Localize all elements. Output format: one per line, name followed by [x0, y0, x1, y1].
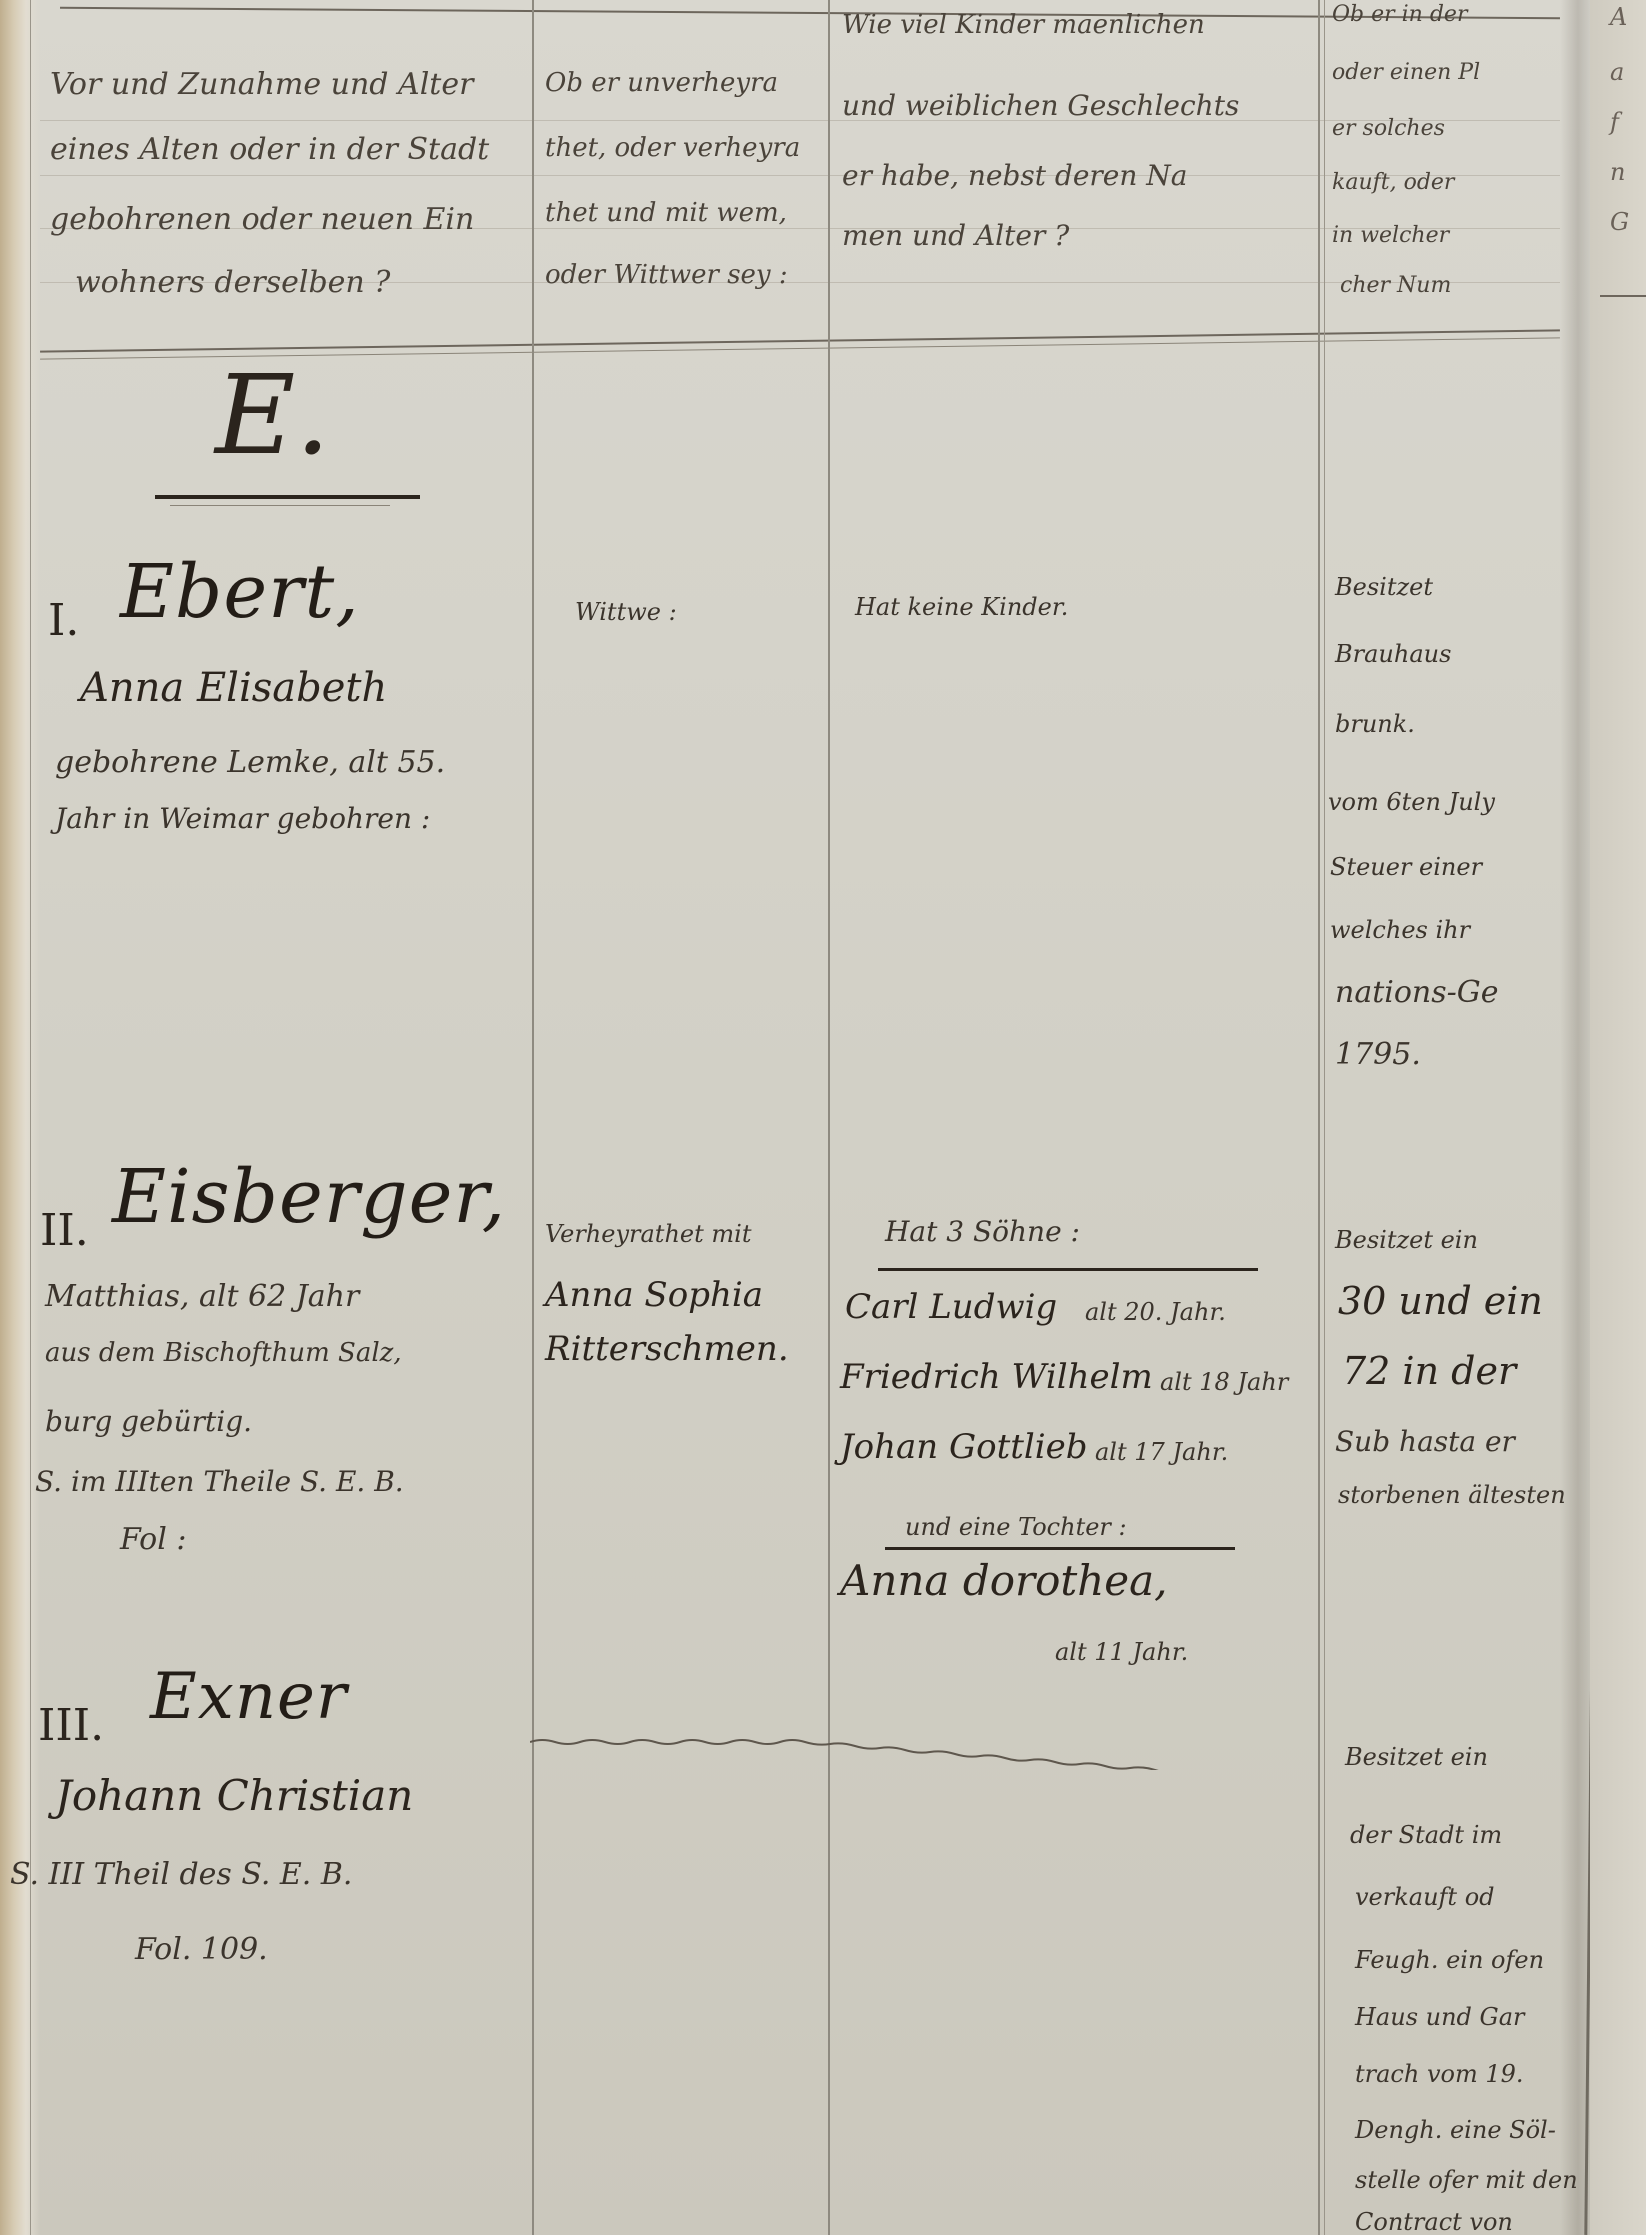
- facing-page-edge: A a f n G: [1590, 0, 1646, 2235]
- entry-2-daughter-1-name: Anna dorothea,: [840, 1560, 1168, 1602]
- entry-1-children: Hat keine Kinder.: [855, 595, 1068, 619]
- header-col2-line1: Ob er unverheyra: [545, 70, 778, 96]
- header-col2-line4: oder Wittwer sey :: [545, 262, 788, 288]
- entry-1-detail-2: gebohrene Lemke, alt 55.: [55, 748, 445, 778]
- entry-2-child-2-age: alt 18 Jahr: [1160, 1370, 1288, 1394]
- header-col2-line3: thet und mit wem,: [545, 200, 787, 226]
- entry-2-property-4: Sub hasta er: [1335, 1428, 1515, 1456]
- header-col1-line1: Vor und Zunahme und Alter: [50, 70, 473, 100]
- entry-3-property-8: stelle ofer mit den: [1355, 2168, 1578, 2192]
- header-col4-line1: Ob er in der: [1332, 4, 1467, 26]
- entry-3-property-9: Contract von: [1355, 2210, 1513, 2234]
- header-col4-line6: cher Num: [1340, 275, 1451, 297]
- entry-3-property-6: trach vom 19.: [1355, 2062, 1524, 2086]
- facing-fragment: G: [1610, 210, 1629, 234]
- header-col3-line3: er habe, nebst deren Na: [842, 162, 1188, 190]
- entry-2-surname: Eisberger,: [112, 1160, 506, 1234]
- entry-2-child-2-name: Friedrich Wilhelm: [840, 1360, 1153, 1394]
- facing-fragment: a: [1610, 60, 1624, 84]
- entry-2-marital-3: Ritterschmen.: [545, 1332, 789, 1366]
- entry-2-detail-1: Matthias, alt 62 Jahr: [45, 1282, 359, 1312]
- entry-3-number: III.: [38, 1700, 104, 1751]
- header-col4-line4: kauft, oder: [1332, 172, 1454, 194]
- entry-3-surname: Exner: [150, 1665, 348, 1729]
- entry-3-property-2: der Stadt im: [1350, 1823, 1502, 1847]
- header-col3-line1: Wie viel Kinder maenlichen: [842, 12, 1205, 38]
- entry-2-detail-4: S. im IIIten Theile S. E. B.: [35, 1468, 404, 1496]
- entry-2-daughter-1-age: alt 11 Jahr.: [1055, 1640, 1188, 1664]
- header-col2-line2: thet, oder verheyra: [545, 135, 800, 161]
- header-col3-line4: men und Alter ?: [842, 222, 1069, 250]
- facing-fragment: f: [1610, 110, 1619, 134]
- entry-2-child-3-name: Johan Gottlieb: [840, 1430, 1088, 1464]
- column-divider-2: [828, 0, 830, 2235]
- section-underline-2: [170, 505, 390, 506]
- entry-1-surname: Ebert,: [120, 555, 360, 629]
- entry-2-property-5: storbenen ältesten: [1338, 1483, 1566, 1507]
- entry-3-property-4: Feugh. ein ofen: [1355, 1948, 1544, 1972]
- entry-2-property-3: 72 in der: [1342, 1352, 1516, 1390]
- entry-2-property-2: 30 und ein: [1338, 1282, 1543, 1320]
- header-col4-line3: er solches: [1332, 118, 1445, 140]
- section-letter: E.: [215, 360, 330, 470]
- facing-fragment: A: [1610, 5, 1627, 29]
- entry-2-child-3-age: alt 17 Jahr.: [1095, 1440, 1228, 1464]
- entry-3-detail-1: Johann Christian: [55, 1775, 413, 1817]
- entry-2-children-heading: Hat 3 Söhne :: [885, 1218, 1080, 1246]
- daughters-heading-underline: [885, 1547, 1235, 1550]
- entry-1-property-2: Brauhaus: [1335, 642, 1451, 666]
- column-divider-3b: [1324, 0, 1325, 2235]
- entry-2-daughters-heading: und eine Tochter :: [905, 1515, 1127, 1539]
- entry-1-property-1: Besitzet: [1335, 575, 1433, 599]
- wavy-separator: [530, 1730, 1320, 1770]
- entry-1-property-7: nations-Ge: [1335, 978, 1499, 1008]
- header-col1-line3: gebohrenen oder neuen Ein: [50, 205, 474, 235]
- children-heading-underline: [878, 1268, 1258, 1271]
- entry-1-detail-1: Anna Elisabeth: [80, 668, 387, 708]
- margin-line: [30, 0, 31, 2235]
- entry-3-detail-3: Fol. 109.: [135, 1935, 268, 1965]
- entry-3-property-1: Besitzet ein: [1345, 1745, 1488, 1769]
- entry-1-property-5: Steuer einer: [1330, 855, 1482, 879]
- entry-3-property-7: Dengh. eine Söl-: [1355, 2118, 1556, 2142]
- entry-2-child-1-name: Carl Ludwig: [845, 1290, 1057, 1324]
- header-col1-line4: wohners derselben ?: [75, 268, 390, 298]
- entry-1-property-6: welches ihr: [1330, 918, 1470, 942]
- entry-1-marital-status: Wittwe :: [575, 600, 677, 624]
- entry-2-property-1: Besitzet ein: [1335, 1228, 1478, 1252]
- entry-1-property-8: 1795.: [1335, 1040, 1421, 1070]
- facing-fragment: n: [1610, 160, 1625, 184]
- entry-1-property-3: brunk.: [1335, 712, 1415, 736]
- entry-1-number: I.: [48, 595, 79, 646]
- facing-rule: [1600, 295, 1646, 297]
- entry-2-child-1-age: alt 20. Jahr.: [1085, 1300, 1226, 1324]
- column-divider-3: [1318, 0, 1320, 2235]
- entry-3-property-5: Haus und Gar: [1355, 2005, 1525, 2029]
- header-col1-line2: eines Alten oder in der Stadt: [50, 135, 489, 165]
- entry-1-property-4: vom 6ten July: [1328, 790, 1495, 814]
- entry-2-detail-3: burg gebürtig.: [45, 1408, 252, 1436]
- entry-2-marital-1: Verheyrathet mit: [545, 1222, 751, 1246]
- entry-1-detail-3: Jahr in Weimar gebohren :: [55, 805, 430, 833]
- entry-3-detail-2: S. III Theil des S. E. B.: [10, 1860, 352, 1890]
- section-underline: [155, 495, 420, 499]
- header-col4-line5: in welcher: [1332, 225, 1449, 247]
- entry-2-detail-5: Fol :: [120, 1525, 186, 1555]
- binding-shadow: [1560, 0, 1590, 2235]
- column-divider-1: [532, 0, 534, 2235]
- header-col3-line2: und weiblichen Geschlechts: [842, 92, 1239, 120]
- header-col4-line2: oder einen Pl: [1332, 62, 1480, 84]
- entry-3-property-3: verkauft od: [1355, 1885, 1495, 1909]
- entry-2-number: II.: [40, 1205, 89, 1256]
- register-page: Vor und Zunahme und Alter eines Alten od…: [0, 0, 1646, 2235]
- entry-2-marital-2: Anna Sophia: [545, 1278, 763, 1312]
- entry-2-detail-2: aus dem Bischofthum Salz,: [45, 1340, 402, 1366]
